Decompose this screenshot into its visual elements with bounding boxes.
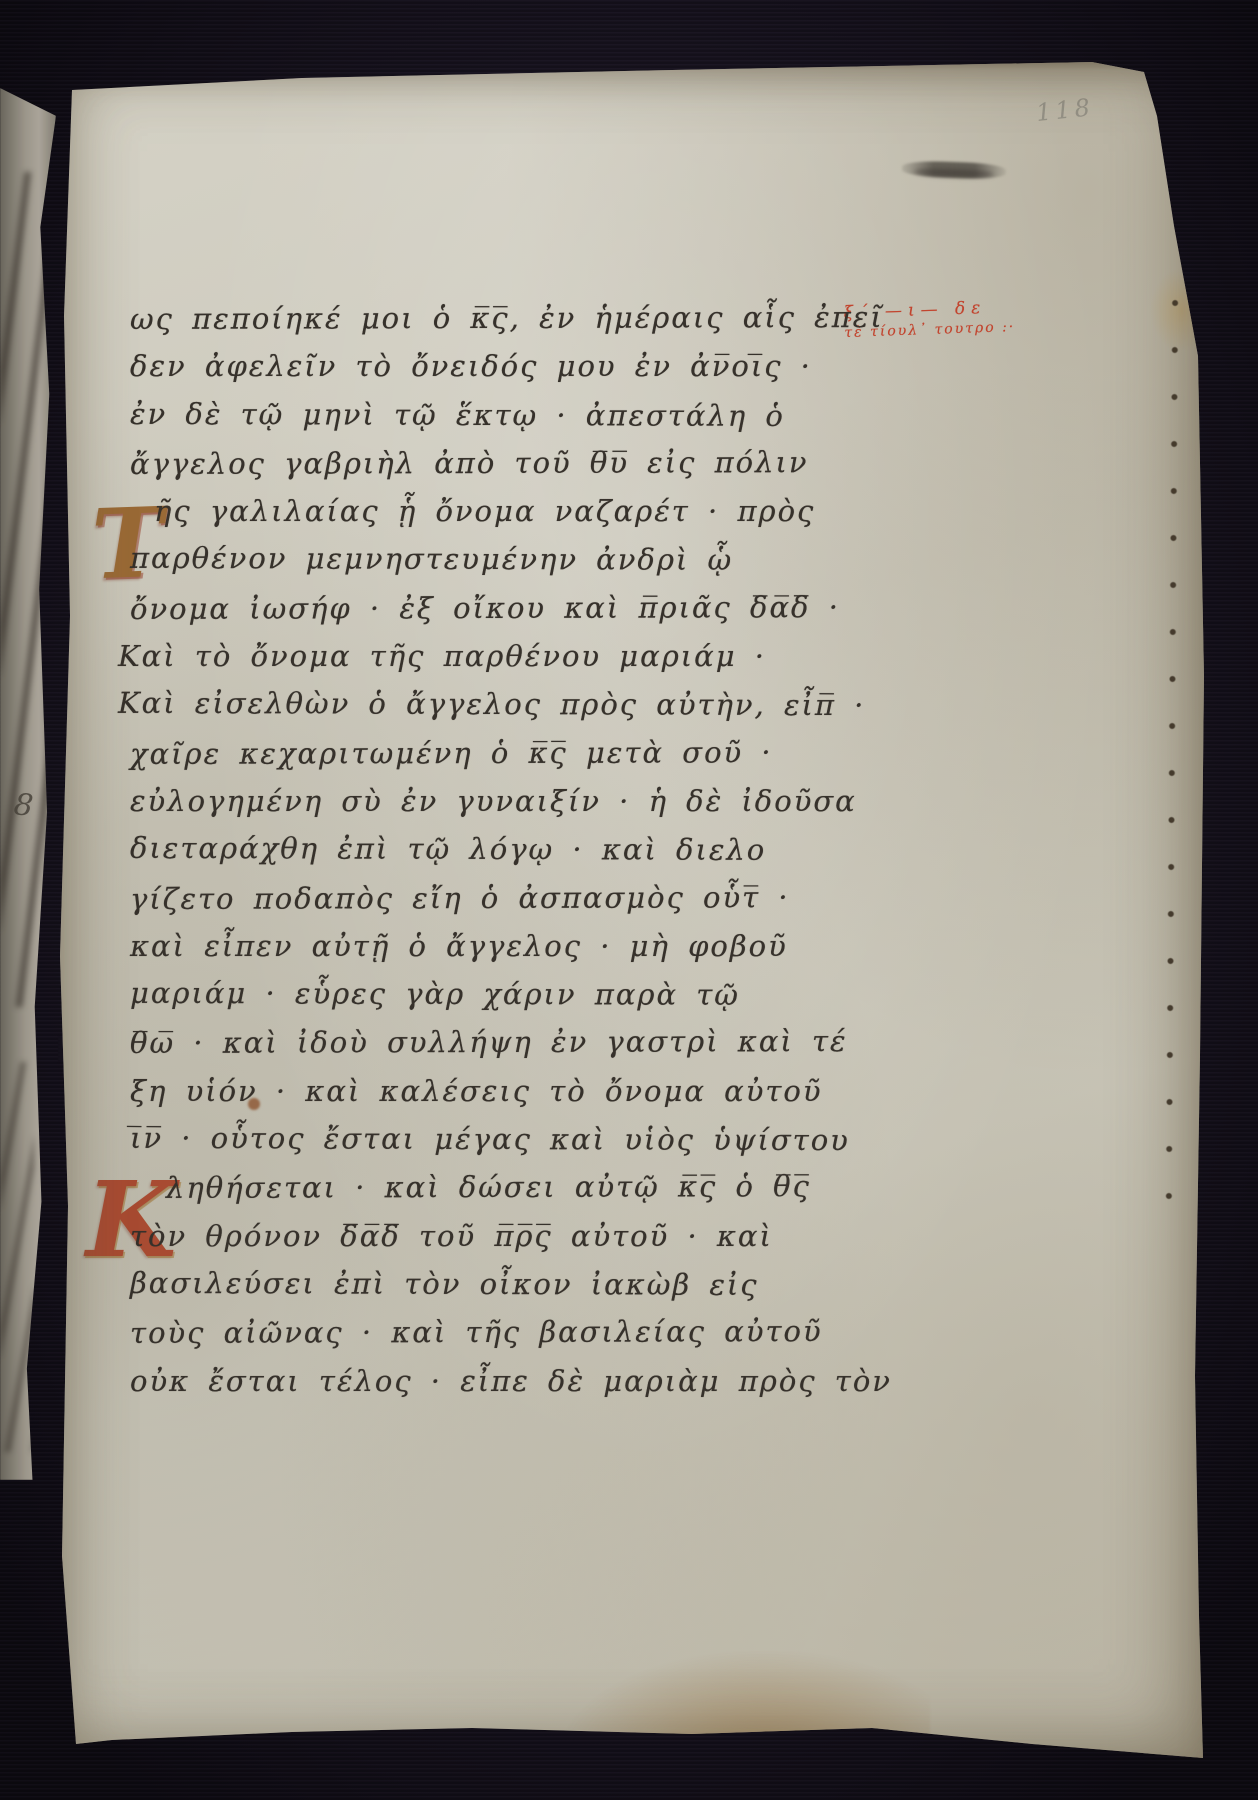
- facing-page-edge: [0, 88, 56, 1480]
- text-line: τὸν θρόνον δ̅α̅δ̅ τοῦ π̅ρ̅ς̅ αὐτοῦ · καὶ: [130, 1212, 850, 1260]
- manuscript-page: 118 ξ΄ —ι— δε τὲ τίουλ᾽ τουτρο :· Τ Κ ως…: [52, 56, 1204, 1760]
- text-line: οὐκ ἔσται τέλος · εἶπε δὲ μαριὰμ πρὸς τὸ…: [130, 1357, 850, 1405]
- ghost-text-showthrough: [0, 172, 56, 1007]
- text-line: μαριάμ · εὗρες γὰρ χάριν παρὰ τῷ: [130, 969, 850, 1020]
- text-line: τοὺς αἰῶνας · καὶ τῆς βασιλείας αὐτοῦ: [130, 1307, 850, 1357]
- text-line: διεταράχθη ἐπὶ τῷ λόγῳ · καὶ διελο: [130, 824, 850, 875]
- graphite-smudge: [902, 160, 1006, 180]
- text-line: καὶ εἶπεν αὐτῇ ὁ ἄγγελος · μὴ φοβοῦ: [130, 922, 850, 970]
- top-edge-shadow: [52, 56, 1204, 70]
- text-line: ῆς γαλιλαίας ᾗ ὄνομα ναζαρέτ · πρὸς: [130, 487, 850, 535]
- text-line: παρθένον μεμνηστευμένην ἀνδρὶ ᾧ: [130, 534, 850, 585]
- text-line: ι̅ν̅ · οὗτος ἔσται μέγας καὶ υἱὸς ὑψίστο…: [130, 1114, 850, 1165]
- text-line: χαῖρε κεχαριτωμένη ὁ κ̅ς̅ μετὰ σοῦ ·: [130, 728, 850, 778]
- text-line: βασιλεύσει ἐπὶ τὸν οἶκον ἰακὼβ εἰς: [130, 1259, 850, 1310]
- bottom-stain: [560, 1652, 930, 1762]
- text-line: ἄγγελος γαβριὴλ ἀπὸ τοῦ θ̅υ̅ εἰς πόλιν: [130, 438, 850, 488]
- text-line: Καὶ εἰσελθὼν ὁ ἄγγελος πρὸς αὐτὴν, εἶπ̅ …: [118, 679, 850, 730]
- text-line: ληθήσεται · καὶ δώσει αὐτῷ κ̅ς̅ ὁ θ̅ς̅: [130, 1162, 850, 1212]
- text-line: ως πεποίηκέ μοι ὁ κ̅ς̅, ἐν ἡμέραις αἷς ἐ…: [130, 293, 850, 343]
- text-line: ἐν δὲ τῷ μηνὶ τῷ ἕκτῳ · ἀπεστάλη ὁ: [130, 389, 850, 440]
- text-line: Καὶ τὸ ὄνομα τῆς παρθένου μαριάμ ·: [118, 632, 850, 680]
- pricking-holes: [1163, 296, 1181, 1201]
- folio-number: 118: [1035, 93, 1095, 127]
- text-line: ξη υἱόν · καὶ καλέσεις τὸ ὄνομα αὐτοῦ: [130, 1067, 850, 1115]
- text-line: δεν ἀφελεῖν τὸ ὄνειδός μου ἐν ἀν̅οι̅ς ·: [130, 342, 850, 390]
- rust-dot: [248, 1098, 260, 1110]
- pen-mark: 8: [12, 787, 35, 824]
- text-block: ως πεποίηκέ μοι ὁ κ̅ς̅, ἐν ἡμέραις αἷς ἐ…: [130, 294, 850, 1405]
- text-line: γίζετο ποδαπὸς εἴη ὁ ἀσπασμὸς οὗτ̅ ·: [130, 873, 850, 923]
- photograph-canvas: { "folio": { "number": "118" }, "palette…: [0, 0, 1258, 1800]
- ghost-text-showthrough-lower: [0, 1062, 34, 1452]
- text-line: ὄνομα ἰωσήφ · ἐξ οἴκου καὶ π̅ριᾶς δ̅α̅δ̅…: [130, 583, 850, 633]
- text-line: θ̅ω̅ · καὶ ἰδοὺ συλλήψη ἐν γαστρὶ καὶ τέ: [130, 1018, 850, 1068]
- text-line: εὐλογημένη σὺ ἐν γυναιξίν · ἡ δὲ ἰδοῦσα: [130, 777, 850, 825]
